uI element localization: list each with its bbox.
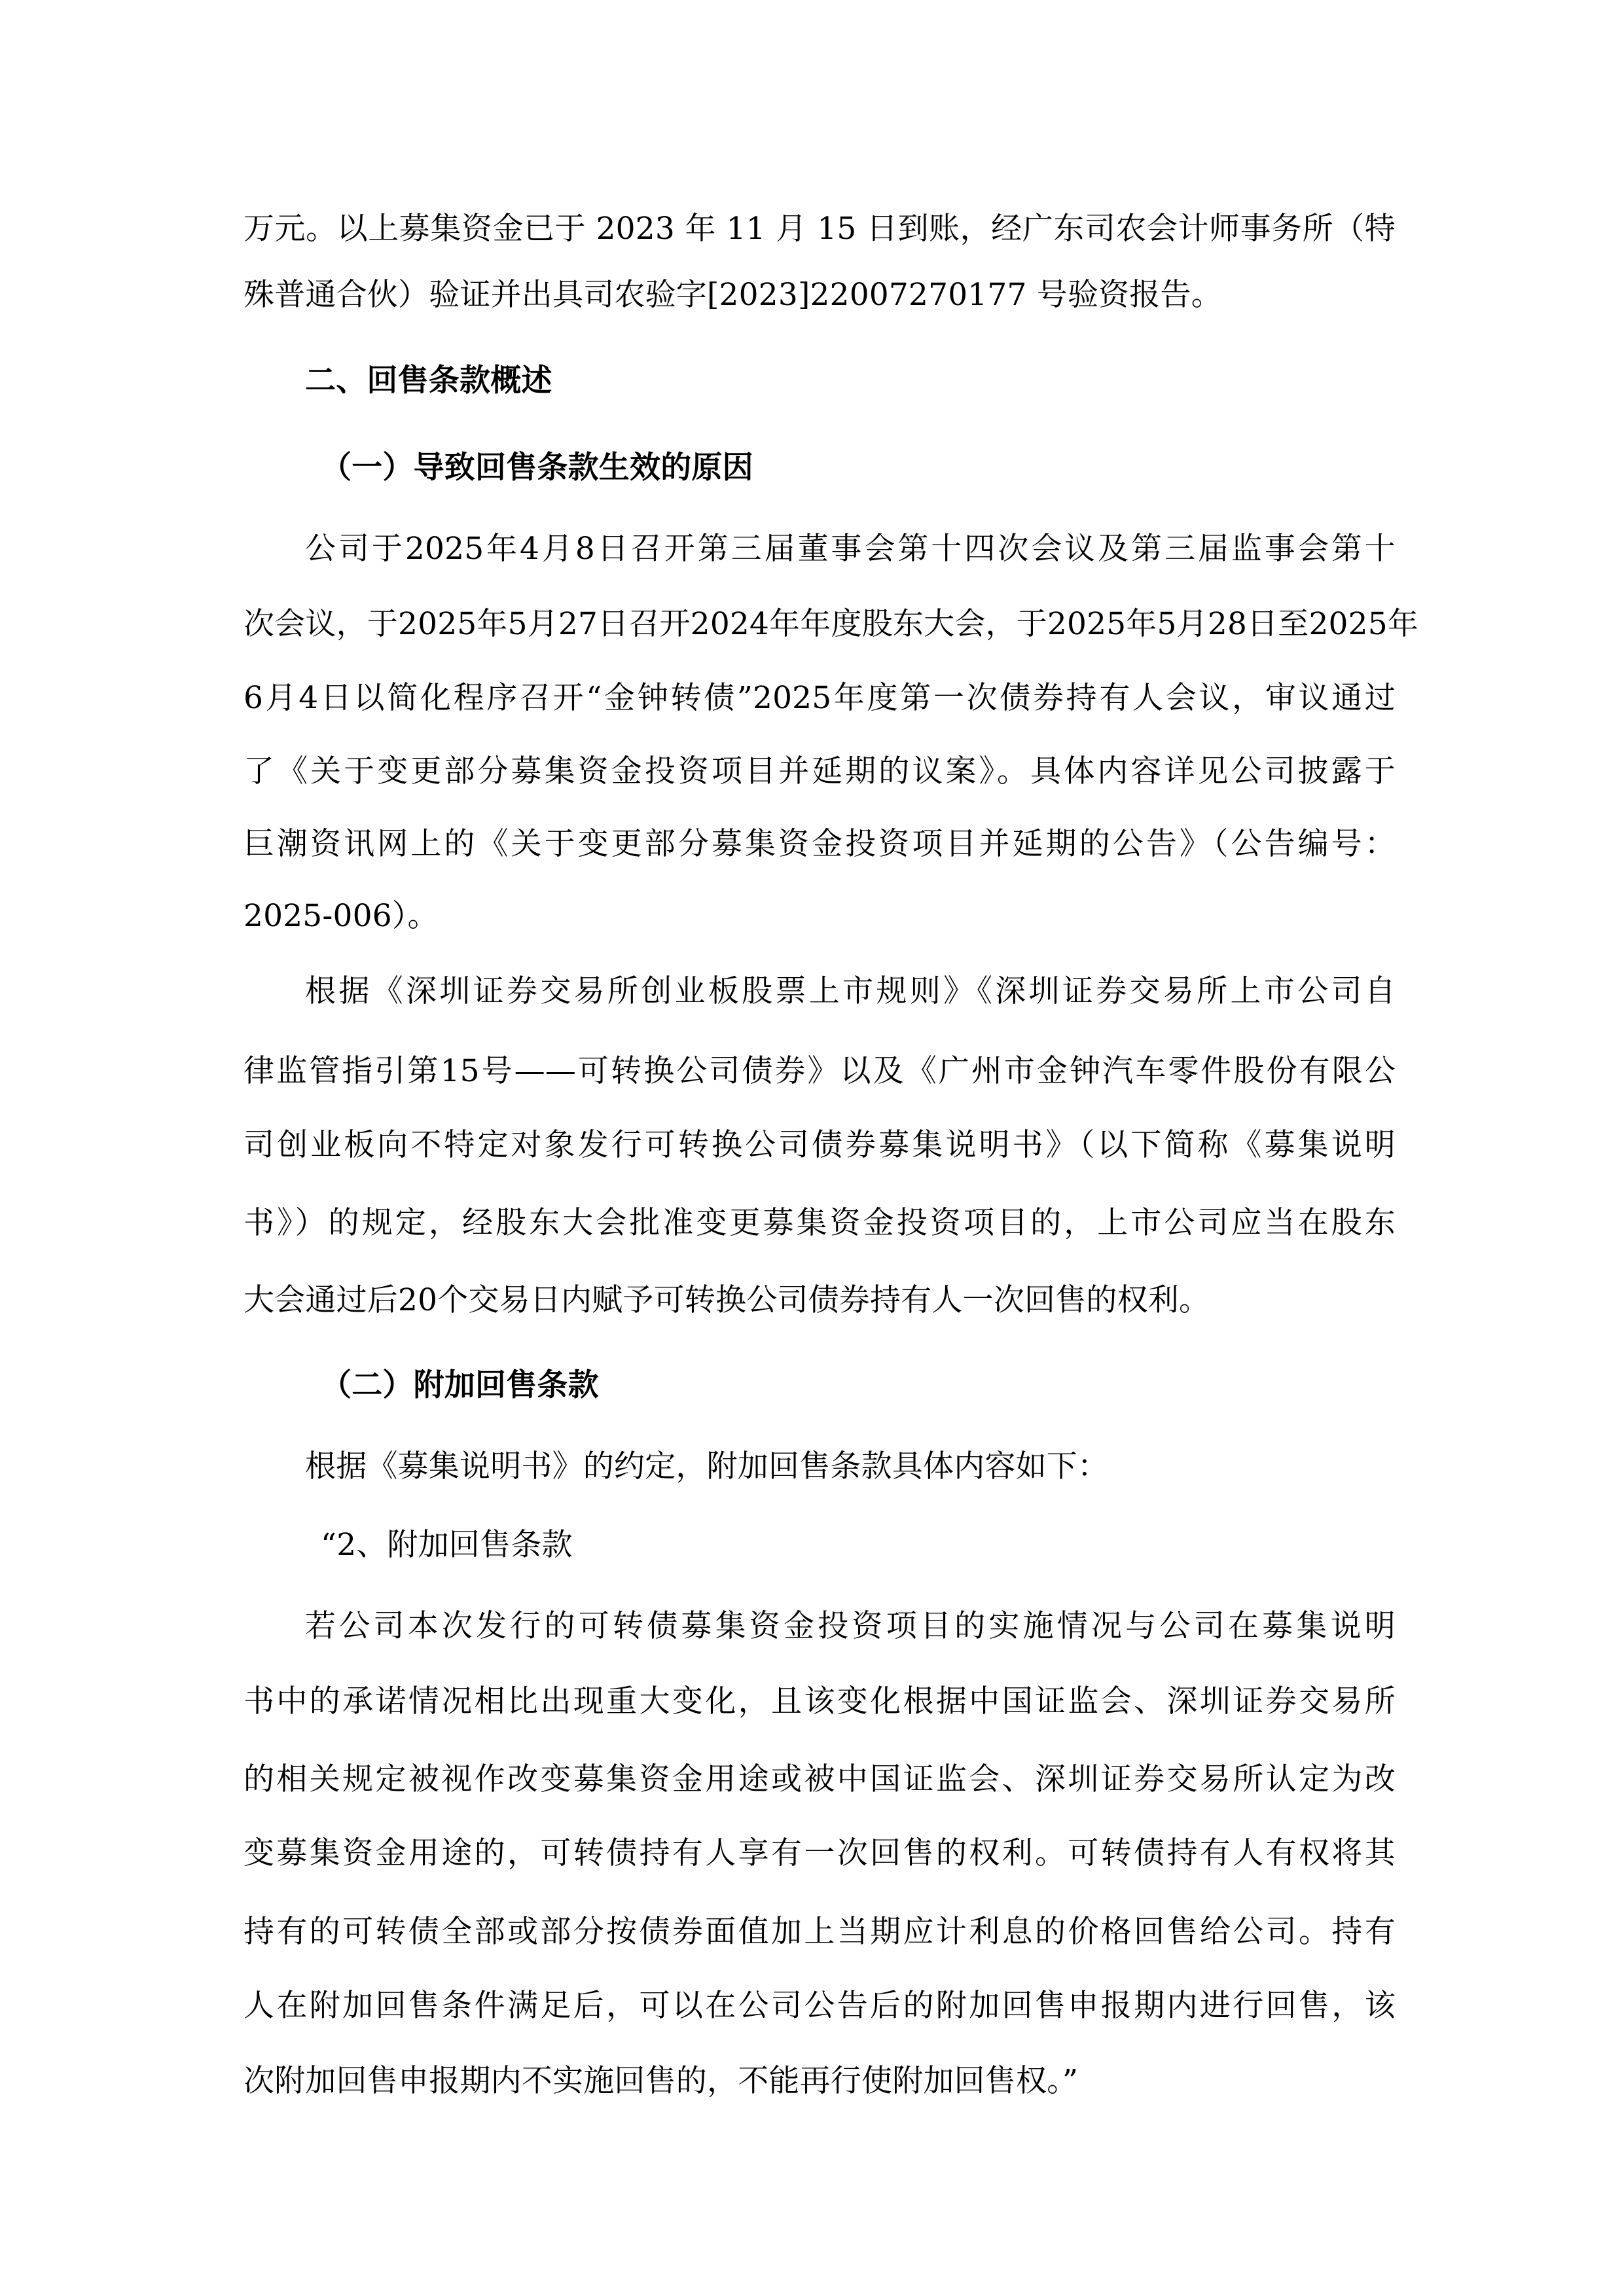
paragraph-line: 巨潮资讯网上的《关于变更部分募集资金投资项目并延期的公告》（公告编号： [244, 825, 1396, 864]
subsection-heading-2: （二）附加回售条款 [321, 1366, 1473, 1405]
paragraph-line: 根据《深圳证券交易所创业板股票上市规则》《深圳证券交易所上市公司自 [305, 972, 1396, 1011]
paragraph-line: 书》）的规定，经股东大会批准变更募集资金投资项目的，上市公司应当在股东 [244, 1204, 1396, 1243]
quote-line: 人在附加回售条件满足后，可以在公司公告后的附加回售申报期内进行回售，该 [244, 1986, 1396, 2026]
subsection-heading-1: （一）导致回售条款生效的原因 [321, 448, 1473, 488]
paragraph-line: 了《关于变更部分募集资金投资项目并延期的议案》。具体内容详见公司披露于 [244, 752, 1396, 791]
paragraph-line: 次会议，于2025年5月27日召开2024年年度股东大会，于2025年5月28日… [244, 605, 1396, 644]
paragraph-line: 2025-006）。 [244, 897, 1396, 936]
paragraph-line: 律监管指引第15号——可转换公司债券》以及《广州市金钟汽车零件股份有限公 [244, 1052, 1396, 1091]
quote-line: 次附加回售申报期内不实施回售的，不能再行使附加回售权。” [244, 2062, 1396, 2101]
quote-line: 书中的承诺情况相比出现重大变化，且该变化根据中国证监会、深圳证券交易所 [244, 1682, 1396, 1721]
section-heading-2: 二、回售条款概述 [305, 361, 1457, 401]
intro-line-1: 万元。以上募集资金已于 2023 年 11 月 15 日到账，经广东司农会计师事… [244, 209, 1396, 249]
paragraph-line: 根据《募集说明书》的约定，附加回售条款具体内容如下： [305, 1447, 1396, 1486]
document-page: 万元。以上募集资金已于 2023 年 11 月 15 日到账，经广东司农会计师事… [0, 0, 1624, 2296]
quote-title: “2、附加回售条款 [321, 1526, 1473, 1565]
quote-line: 若公司本次发行的可转债募集资金投资项目的实施情况与公司在募集说明 [305, 1607, 1396, 1646]
paragraph-line: 司创业板向不特定对象发行可转换公司债券募集说明书》（以下简称《募集说明 [244, 1126, 1396, 1165]
quote-line: 变募集资金用途的，可转债持有人享有一次回售的权利。可转债持有人有权将其 [244, 1834, 1396, 1873]
paragraph-line: 公司于2025年4月8日召开第三届董事会第十四次会议及第三届监事会第十 [305, 529, 1396, 569]
quote-line: 的相关规定被视作改变募集资金用途或被中国证监会、深圳证券交易所认定为改 [244, 1760, 1396, 1799]
intro-line-2: 殊普通合伙）验证并出具司农验字[2023]22007270177 号验资报告。 [244, 276, 1396, 315]
paragraph-line: 大会通过后20个交易日内赋予可转换公司债券持有人一次回售的权利。 [244, 1281, 1396, 1320]
paragraph-line: 6月4日以简化程序召开“金钟转债”2025年度第一次债券持有人会议，审议通过 [244, 679, 1396, 718]
quote-line: 持有的可转债全部或部分按债券面值加上当期应计利息的价格回售给公司。持有 [244, 1912, 1396, 1952]
